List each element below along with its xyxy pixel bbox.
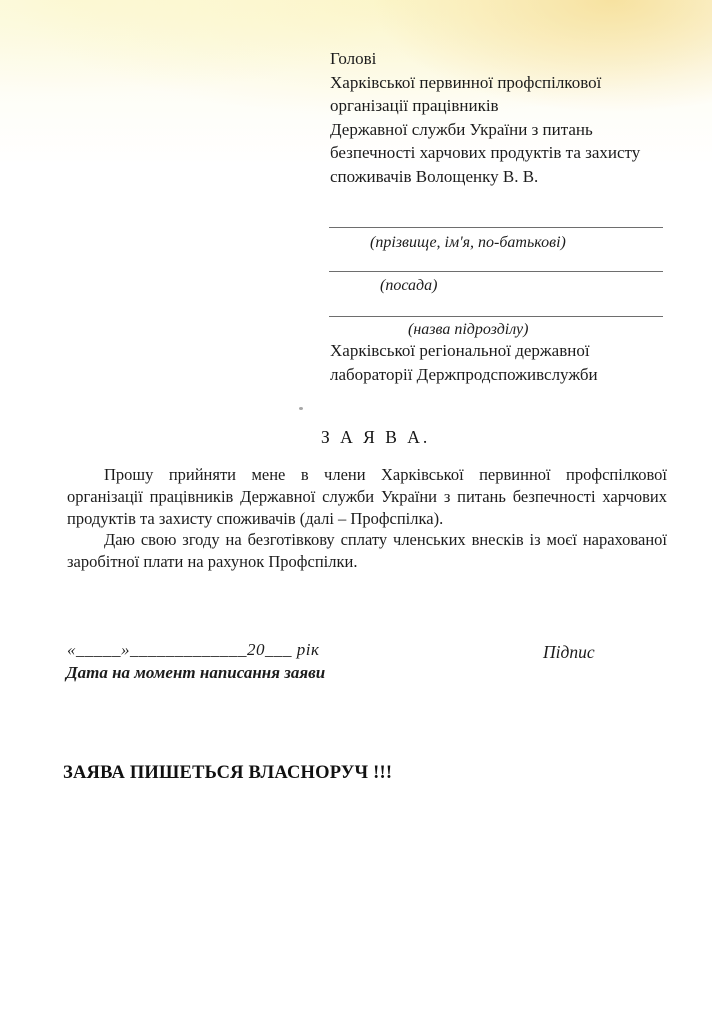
fill-blank-line-position [329,271,663,272]
addressee-line: споживачів Волощенку В. В. [330,165,692,189]
addressee-line: Харківської первинної профспілкової [330,71,692,95]
department-block: Харківської регіональної державної лабор… [330,339,692,386]
handwritten-note-warning: ЗАЯВА ПИШЕТЬСЯ ВЛАСНОРУЧ !!! [63,763,392,784]
fill-caption-position: (посада) [380,277,437,295]
body-paragraph-request: Прошу прийняти мене в члени Харківської … [67,464,667,529]
body-paragraphs: Прошу прийняти мене в члени Харківської … [67,464,667,573]
fill-caption-name: (прізвище, ім'я, по-батькові) [370,234,566,252]
signature-label: Підпис [543,642,595,663]
department-line: Харківської регіональної державної [330,339,692,363]
body-paragraph-consent: Даю свою згоду на безготівкову сплату чл… [67,529,667,573]
fill-caption-subdivision: (назва підрозділу) [408,321,528,339]
scanned-application-page: Голові Харківської первинної профспілков… [0,0,712,1024]
document-title: З А Я В А. [321,427,430,448]
date-caption: Дата на момент написання заяви [66,663,325,683]
fill-blank-line-name [329,227,663,228]
addressee-line: безпечності харчових продуктів та захист… [330,141,692,165]
addressee-line: Голові [330,47,692,71]
addressee-block: Голові Харківської первинної профспілков… [330,47,692,188]
date-blank-line: «_____»_____________20___ рік [67,640,319,660]
addressee-line: Державної служби України з питань [330,118,692,142]
department-line: лабораторії Держпродспоживслужби [330,363,692,387]
addressee-line: організації працівників [330,94,692,118]
scan-artifact-dot [299,407,303,410]
fill-blank-line-subdivision [329,316,663,317]
